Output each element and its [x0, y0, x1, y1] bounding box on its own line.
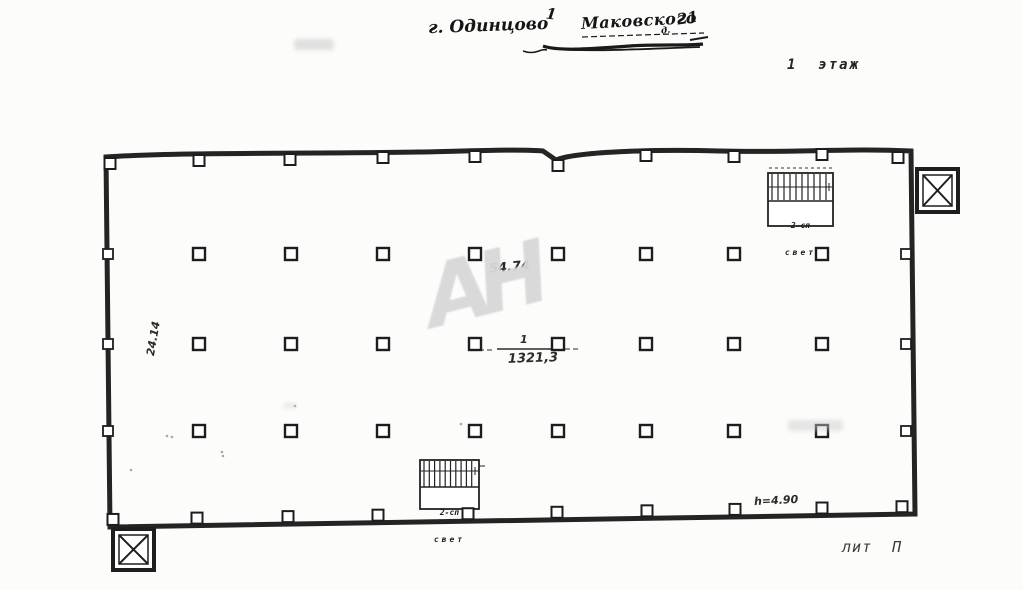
wall-column-right: [901, 339, 911, 349]
top-wall-pilaster: [729, 151, 740, 162]
column-marker: [552, 248, 564, 260]
floor-label: 1 этаж: [787, 57, 860, 73]
scan-speck: [221, 451, 224, 454]
column-marker: [377, 425, 389, 437]
shaft-top-right: [917, 169, 958, 212]
column-marker: [193, 248, 205, 260]
room-area-fraction-line: [479, 349, 581, 350]
top-wall-pilaster: [378, 152, 389, 163]
bottom-wall-pilaster: [283, 511, 294, 522]
wall-column-left: [103, 249, 113, 259]
column-marker: [285, 338, 297, 350]
stair-bottom-label: 2-сп свет: [420, 490, 479, 562]
column-marker: [728, 425, 740, 437]
shaft-bottom-left: [113, 529, 154, 570]
scan-speck: [171, 436, 174, 439]
stair-type-label: 2-сп: [420, 508, 479, 517]
column-marker: [816, 338, 828, 350]
scan-speck: [460, 423, 463, 426]
handwritten-underlines: [523, 33, 708, 53]
address-city: г. Одинцово: [428, 14, 549, 38]
scanned-floor-plan-page: г. Одинцово 1 Маковского д. 21 1 этаж ли…: [0, 0, 1023, 590]
top-wall-pilaster: [641, 150, 652, 161]
scan-speck: [166, 435, 169, 438]
stair-light-label: свет: [420, 535, 479, 544]
column-marker: [377, 248, 389, 260]
top-wall-pilaster: [285, 154, 296, 165]
top-wall-pilaster: [817, 149, 828, 160]
column-marker: [640, 338, 652, 350]
column-marker: [728, 338, 740, 350]
scan-smudge: [283, 403, 297, 408]
scan-smudge: [294, 39, 334, 50]
column-marker: [552, 338, 564, 350]
column-marker: [640, 248, 652, 260]
address-house-number: 21: [676, 7, 699, 28]
bottom-wall-pilaster: [642, 505, 653, 516]
address-mark: 1: [545, 4, 558, 23]
room-area: 1321,3: [502, 350, 564, 367]
top-wall-pilaster: [470, 151, 481, 162]
liter-label: лит П: [842, 538, 902, 556]
stair-top-label: 2-сп свет: [768, 203, 833, 275]
column-marker: [377, 338, 389, 350]
top-wall-pilaster: [553, 160, 564, 171]
wall-column-left: [103, 339, 113, 349]
bottom-wall-pilaster: [817, 503, 828, 514]
scan-speck: [222, 455, 225, 458]
column-marker: [728, 248, 740, 260]
bottom-wall-pilaster: [552, 507, 563, 518]
bottom-wall-pilaster: [897, 501, 908, 512]
column-marker: [552, 425, 564, 437]
wall-column-right: [901, 249, 911, 259]
column-marker: [640, 425, 652, 437]
room-number: 1: [520, 333, 528, 346]
stair-light-label: свет: [768, 248, 833, 257]
column-marker: [285, 425, 297, 437]
wall-column-right: [901, 426, 911, 436]
top-wall-pilaster: [194, 155, 205, 166]
bottom-wall-pilaster: [192, 513, 203, 524]
column-marker: [193, 425, 205, 437]
address-house-prefix: д.: [661, 26, 671, 37]
bottom-wall-pilaster: [730, 504, 741, 515]
ceiling-height-note: h=4.90: [754, 493, 799, 508]
column-marker: [285, 248, 297, 260]
bottom-wall-pilaster: [373, 510, 384, 521]
wall-column-left: [103, 426, 113, 436]
top-wall-pilaster: [105, 158, 116, 169]
top-wall-pilaster: [893, 152, 904, 163]
scan-speck: [130, 469, 133, 472]
column-marker: [193, 338, 205, 350]
scan-smudge: [788, 420, 843, 431]
stair-type-label: 2-сп: [768, 221, 833, 230]
column-marker: [469, 425, 481, 437]
bottom-wall-pilaster: [108, 514, 119, 525]
